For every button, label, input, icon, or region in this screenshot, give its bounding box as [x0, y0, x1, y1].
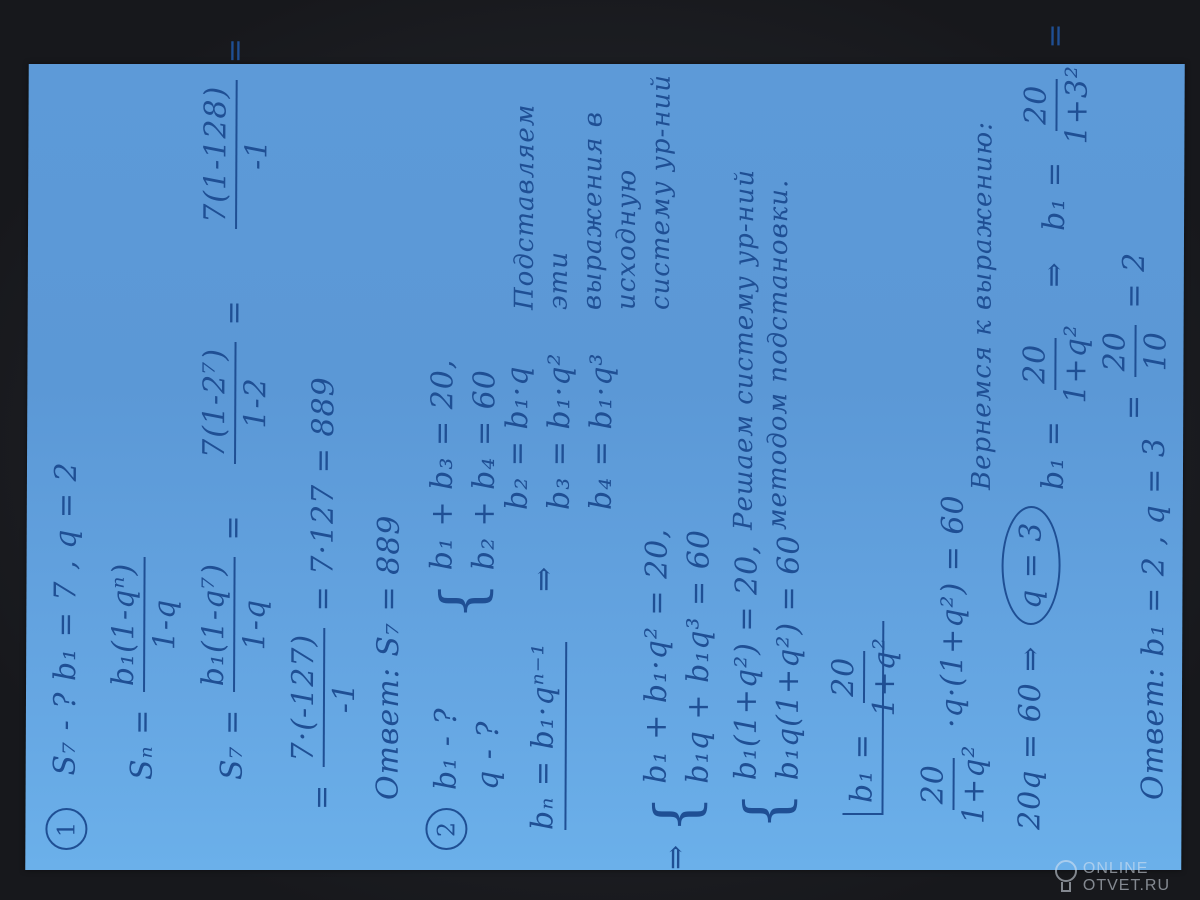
expr-b3: b₃ = b₁·q² — [539, 353, 582, 510]
back-b1-sub-lhs: b₁ = — [1037, 161, 1072, 231]
boxed-b1-lhs: b₁ = — [845, 733, 880, 803]
final-calc-prefix: = — [1116, 394, 1151, 420]
problem2-unknowns: b₁ - ? q - ? — [426, 707, 510, 790]
substituted-numerator: 20 — [916, 758, 955, 810]
step2-equals: = — [217, 299, 252, 325]
substituted-fraction: 20 1+q² — [915, 745, 991, 824]
step4-fraction: 7·(-127) -1 — [286, 628, 363, 767]
boxed-b1-numerator: 20 — [826, 651, 865, 703]
arrow-right-icon: ⇒ — [1037, 261, 1072, 287]
problem2-system3: { b₁(1+q²) = 20, b₁q(1+q²) = 60 — [725, 535, 810, 830]
back-equals: = — [1038, 22, 1073, 48]
step4-prefix: = — [305, 784, 340, 810]
problem1-given: S₇ - ? b₁ = 7 , q = 2 — [48, 461, 84, 775]
system2-line2: b₁q + b₁q³ = 60 — [678, 528, 721, 783]
substituted-equation: 20 1+q² ·q·(1+q²) = 60 — [915, 494, 992, 830]
linear-equation: 20q = 60 ⇒ q = 3 — [1000, 506, 1060, 830]
unknown-q: q - ? — [468, 707, 510, 790]
problem2-header: 2 — [425, 808, 467, 850]
step3-fraction: 7(1-128) -1 — [198, 80, 275, 229]
step1-lhs: S₇ = — [215, 709, 250, 780]
system3-line2: b₁q(1+q²) = 60 — [768, 535, 811, 781]
problem2-answer: Ответ: b₁ = 2 , q = 3 — [1136, 437, 1173, 800]
problem2-expressions: b₂ = b₁·q b₃ = b₁·q² b₄ = b₁·q³ — [497, 353, 624, 510]
step1-numerator: b₁(1-q⁷) — [196, 557, 236, 692]
final-calc: = 20 10 = 2 — [1097, 252, 1174, 420]
problem1-steps: S₇ = b₁(1-q⁷) 1-q = 7(1-2⁷) 1-2 = 7(1-12… — [196, 37, 275, 780]
boxed-b1: b₁ = 20 1+q² — [825, 621, 902, 815]
problem1-answer: Ответ: S₇ = 889 — [371, 515, 407, 800]
step4-denominator: -1 — [325, 682, 362, 713]
problem1-calc: = 7·(-127) -1 = 7·127 = 889 — [286, 376, 364, 810]
step2-fraction: 7(1-2⁷) 1-2 — [197, 342, 274, 464]
problem1-number: 1 — [45, 808, 87, 850]
step2-denominator: 1-2 — [236, 377, 273, 428]
problem2-general-formula: bₙ = b₁·qⁿ⁻¹ ⇒ — [525, 566, 561, 830]
arrow-right-icon: ⇒ — [658, 844, 693, 870]
linear-eq: 20q = 60 ⇒ — [1012, 646, 1048, 830]
problem2-system1: { b₁ + b₃ = 20, b₂ + b₄ = 60 — [421, 359, 506, 620]
back-b1-denominator: 1+q² — [1056, 324, 1093, 403]
lightbulb-icon — [1055, 860, 1077, 894]
note-return: Вернемся к выражению: — [967, 121, 999, 490]
expr-b4: b₄ = b₁·q³ — [581, 353, 624, 510]
q-result-circled: q = 3 — [1001, 506, 1061, 626]
final-calc-denominator: 10 — [1136, 331, 1173, 371]
back-b1-lhs: b₁ = — [1036, 420, 1071, 490]
note-method: Решаем систему ур-ний методом подстановк… — [727, 110, 797, 530]
watermark-line2: OTVET.RU — [1083, 877, 1170, 894]
problem1-header: 1 S₇ - ? b₁ = 7 , q = 2 — [45, 461, 89, 850]
step1-denominator: 1-q — [235, 599, 272, 650]
final-calc-numerator: 20 — [1097, 325, 1136, 377]
step2-numerator: 7(1-2⁷) — [197, 342, 237, 464]
back-b1-fraction: 20 1+q² — [1017, 324, 1093, 403]
boxed-b1-fraction: 20 1+q² — [826, 637, 902, 716]
expr-b2: b₂ = b₁·q — [497, 353, 540, 510]
problem2-system2: ⇒ { b₁ + b₁·q² = 20, b₁q + b₁q³ = 60 — [635, 528, 720, 870]
step3-numerator: 7(1-128) — [198, 80, 238, 229]
back-b1-sub-numerator: 20 — [1018, 79, 1057, 131]
step1-equals: = — [216, 514, 251, 540]
final-calc-result: = 2 — [1117, 252, 1152, 309]
system1-line1: b₁ + b₃ = 20, — [422, 359, 465, 571]
back-b1-sub-denominator: 1+3² — [1057, 65, 1094, 144]
back-b1-numerator: 20 — [1017, 338, 1056, 390]
step1-fraction: b₁(1-q⁷) 1-q — [196, 557, 273, 692]
formula-numerator: b₁(1-qⁿ) — [106, 557, 146, 692]
general-formula: bₙ = b₁·qⁿ⁻¹ — [525, 642, 567, 830]
system3-line1: b₁(1+q²) = 20, — [726, 535, 769, 781]
formula-lhs: Sₙ = — [125, 709, 160, 780]
arrow-right-icon: ⇒ — [526, 566, 561, 592]
step3-denominator: -1 — [237, 139, 274, 170]
substituted-rest: ·q·(1+q²) = 60 — [935, 494, 971, 728]
watermark: ONLINE OTVET.RU — [1055, 860, 1170, 894]
problem2-number: 2 — [425, 808, 467, 850]
brace-icon: { — [642, 794, 712, 833]
boxed-b1-denominator: 1+q² — [865, 637, 902, 716]
paper-sheet: 1 S₇ - ? b₁ = 7 , q = 2 Sₙ = b₁(1-qⁿ) 1-… — [25, 64, 1185, 870]
note-substitute: Подставляем эти выражения в исходную сис… — [508, 70, 679, 310]
substituted-denominator: 1+q² — [954, 745, 991, 824]
brace-icon: { — [428, 581, 498, 620]
sheet-content-rotated: 1 S₇ - ? b₁ = 7 , q = 2 Sₙ = b₁(1-qⁿ) 1-… — [25, 64, 1185, 870]
formula-fraction: b₁(1-qⁿ) 1-q — [106, 557, 183, 692]
step3-equals: = — [218, 37, 253, 63]
step4-result: = 7·127 = 889 — [305, 376, 341, 611]
step4-numerator: 7·(-127) — [286, 628, 326, 767]
back-b1-sub-fraction: 20 1+3² — [1018, 65, 1094, 144]
watermark-line1: ONLINE — [1083, 860, 1170, 877]
unknown-b1: b₁ - ? — [426, 707, 468, 790]
brace-icon: { — [732, 791, 802, 830]
formula-denominator: 1-q — [145, 599, 182, 650]
final-calc-fraction: 20 10 — [1097, 325, 1173, 377]
problem1-formula: Sₙ = b₁(1-qⁿ) 1-q — [106, 551, 183, 780]
system2-line1: b₁ + b₁·q² = 20, — [636, 528, 679, 783]
back-substitution: b₁ = 20 1+q² ⇒ b₁ = 20 1+3² = — [1017, 22, 1095, 490]
